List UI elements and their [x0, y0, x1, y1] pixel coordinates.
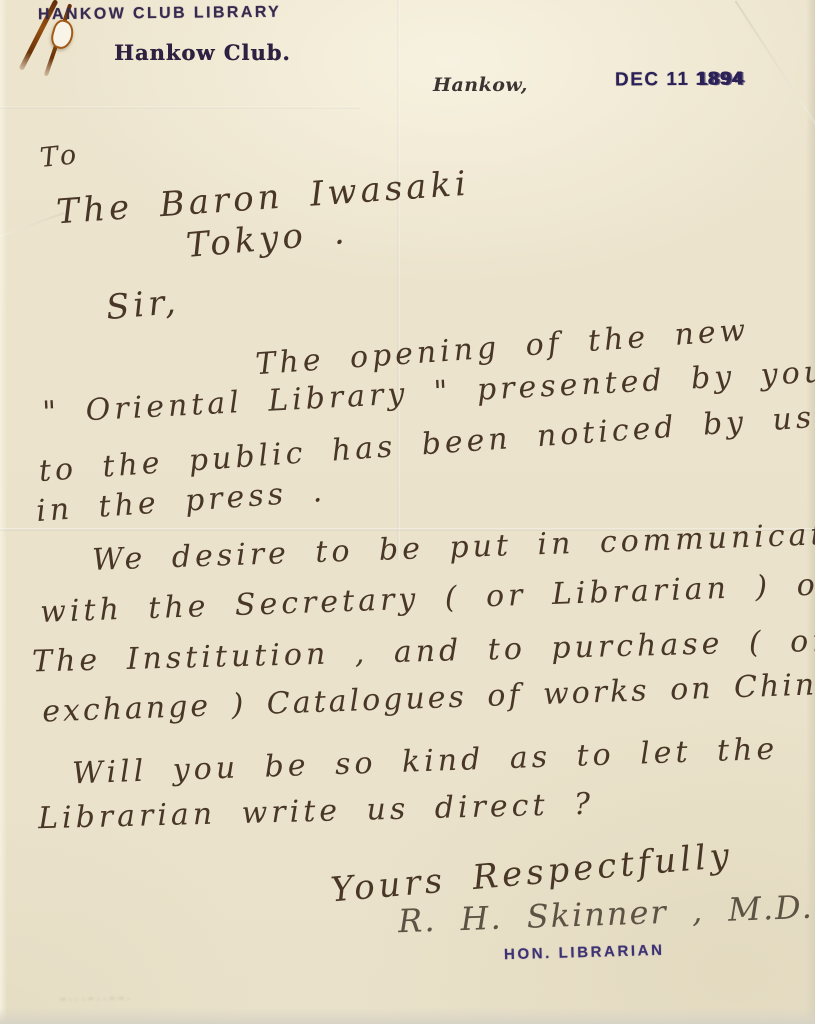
paper-edge-left	[0, 0, 7, 1024]
club-name: Hankow Club.	[114, 40, 291, 65]
recipient-city: Tokyo .	[185, 215, 350, 263]
body-line: exchange ) Catalogues of works on China …	[42, 669, 815, 728]
date-stamp-year: 1894	[695, 69, 743, 90]
library-name-stamp: HANKOW CLUB LIBRARY	[38, 4, 281, 25]
body-line: Will you be so kind as to let the	[72, 735, 779, 790]
date-stamp-day: DEC 11	[615, 69, 690, 91]
fold-crease-corner	[735, 0, 815, 135]
body-line: Librarian write us direct ?	[38, 790, 595, 835]
body-line: with the Secretary ( or Librarian ) of	[40, 570, 815, 628]
place-name: Hankow,	[433, 74, 528, 96]
letter-page: HANKOW CLUB LIBRARY Hankow Club. Hankow,…	[0, 0, 815, 1024]
paper-edge-bottom	[0, 1008, 815, 1024]
librarian-title-stamp: HON. LIBRARIAN	[504, 942, 665, 963]
paper-edge-right	[806, 0, 815, 1024]
date-stamp: DEC 111894	[615, 69, 744, 92]
recipient-to: To	[39, 141, 82, 172]
fold-crease-horizontal-top	[0, 106, 360, 109]
fold-crease-vertical	[397, 0, 400, 560]
body-line: The Institution , and to purchase ( or	[32, 627, 815, 678]
fold-crease-left	[0, 212, 64, 238]
ink-smudge: ~···~··~~·	[60, 993, 134, 1005]
salutation: Sir,	[105, 285, 181, 325]
body-line: We desire to be put in communication	[92, 518, 815, 576]
